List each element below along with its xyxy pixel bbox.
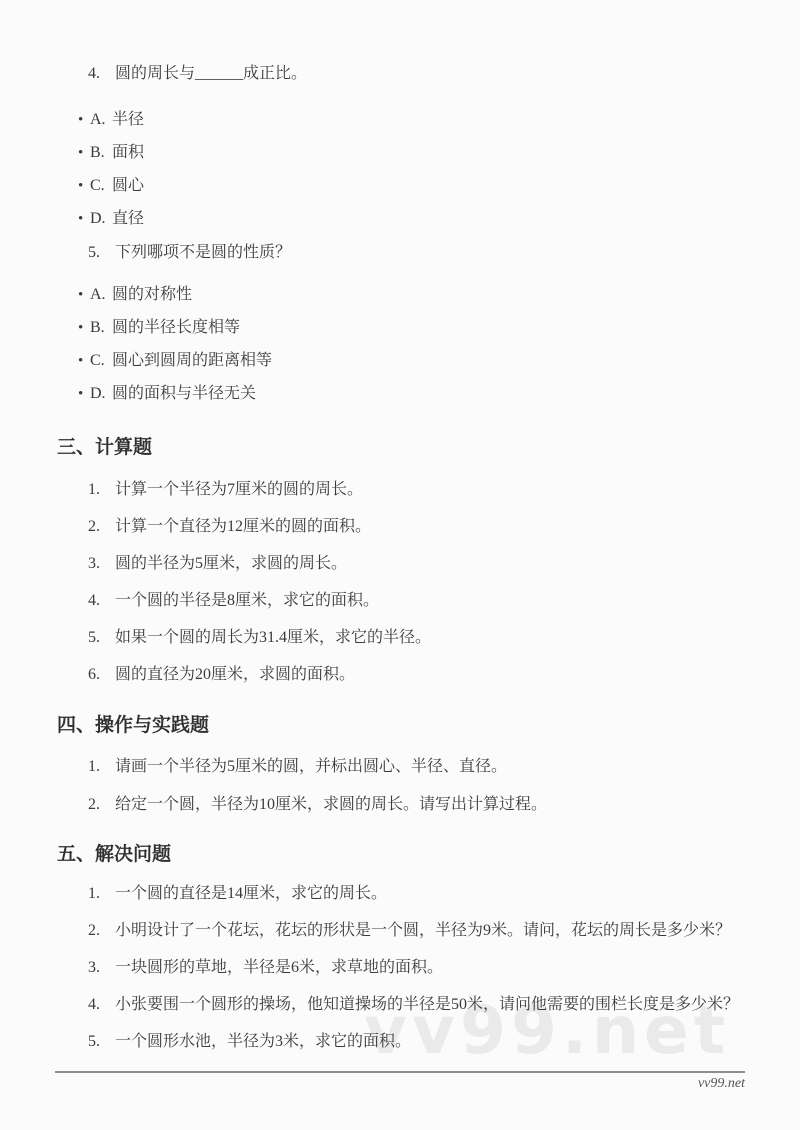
question-number: 4. <box>88 64 115 84</box>
item-number: 6. <box>88 665 115 685</box>
item-text: 圆的半径为5厘米，求圆的周长。 <box>115 554 347 574</box>
option-letter: C. <box>90 176 112 196</box>
item-text: 一个圆的直径是14厘米，求它的周长。 <box>115 884 387 904</box>
option-text: 圆心 <box>112 176 144 196</box>
section-title: 三、计算题 <box>57 436 800 460</box>
list-item: 5. 一个圆形水池，半径为3米，求它的面积。 <box>88 1032 800 1052</box>
item-text: 圆的直径为20厘米，求圆的面积。 <box>115 665 355 685</box>
worksheet-content: 4. 圆的周长与______成正比。 • A. 半径 • B. 面积 • C. … <box>0 0 800 1052</box>
item-number: 5. <box>88 628 115 648</box>
option-text: 圆的面积与半径无关 <box>112 384 256 404</box>
choice-option: • D. 直径 <box>78 209 800 229</box>
list-item: 2. 给定一个圆，半径为10厘米，求圆的周长。请写出计算过程。 <box>88 795 800 815</box>
choice-option: • A. 半径 <box>78 110 800 130</box>
bullet-icon: • <box>78 209 90 229</box>
footer-divider <box>55 1071 745 1073</box>
item-number: 2. <box>88 921 115 941</box>
item-text: 请画一个半径为5厘米的圆，并标出圆心、半径、直径。 <box>115 757 507 777</box>
item-number: 1. <box>88 884 115 904</box>
item-number: 2. <box>88 795 115 815</box>
choice-option: • B. 圆的半径长度相等 <box>78 318 800 338</box>
item-number: 1. <box>88 757 115 777</box>
section-title: 五、解决问题 <box>57 843 800 867</box>
bullet-icon: • <box>78 110 90 130</box>
item-number: 4. <box>88 591 115 611</box>
question-text: 下列哪项不是圆的性质？ <box>115 243 291 263</box>
worksheet-page: vv99.net 4. 圆的周长与______成正比。 • A. 半径 • B.… <box>0 0 800 1130</box>
item-text: 一块圆形的草地，半径是6米，求草地的面积。 <box>115 958 443 978</box>
question-number: 5. <box>88 243 115 263</box>
option-letter: C. <box>90 351 112 371</box>
list-item: 5. 如果一个圆的周长为31.4厘米，求它的半径。 <box>88 628 800 648</box>
footer-site-label: vv99.net <box>55 1075 745 1093</box>
item-text: 一个圆的半径是8厘米，求它的面积。 <box>115 591 379 611</box>
list-item: 1. 请画一个半径为5厘米的圆，并标出圆心、半径、直径。 <box>88 757 800 777</box>
bullet-icon: • <box>78 384 90 404</box>
bullet-icon: • <box>78 143 90 163</box>
item-text: 一个圆形水池，半径为3米，求它的面积。 <box>115 1032 411 1052</box>
option-text: 面积 <box>112 143 144 163</box>
option-text: 圆的半径长度相等 <box>112 318 240 338</box>
choice-option: • C. 圆心 <box>78 176 800 196</box>
list-item: 2. 计算一个直径为12厘米的圆的面积。 <box>88 517 800 537</box>
item-text: 计算一个半径为7厘米的圆的周长。 <box>115 480 363 500</box>
bullet-icon: • <box>78 351 90 371</box>
choice-option: • D. 圆的面积与半径无关 <box>78 384 800 404</box>
item-text: 给定一个圆，半径为10厘米，求圆的周长。请写出计算过程。 <box>115 795 547 815</box>
list-item: 1. 计算一个半径为7厘米的圆的周长。 <box>88 480 800 500</box>
question-stem: 5. 下列哪项不是圆的性质？ <box>88 243 800 263</box>
item-number: 3. <box>88 958 115 978</box>
option-text: 圆的对称性 <box>112 285 192 305</box>
question-stem: 4. 圆的周长与______成正比。 <box>88 64 800 84</box>
choice-option: • C. 圆心到圆周的距离相等 <box>78 351 800 371</box>
item-number: 4. <box>88 995 115 1015</box>
option-letter: B. <box>90 143 112 163</box>
page-footer: vv99.net <box>55 1071 745 1093</box>
item-text: 小明设计了一个花坛，花坛的形状是一个圆，半径为9米。请问，花坛的周长是多少米？ <box>115 921 731 941</box>
bullet-icon: • <box>78 176 90 196</box>
option-letter: A. <box>90 110 112 130</box>
item-number: 3. <box>88 554 115 574</box>
choice-option: • A. 圆的对称性 <box>78 285 800 305</box>
bullet-icon: • <box>78 318 90 338</box>
list-item: 6. 圆的直径为20厘米，求圆的面积。 <box>88 665 800 685</box>
option-letter: D. <box>90 209 112 229</box>
question-text: 圆的周长与______成正比。 <box>115 64 307 84</box>
item-text: 计算一个直径为12厘米的圆的面积。 <box>115 517 371 537</box>
item-text: 如果一个圆的周长为31.4厘米，求它的半径。 <box>115 628 431 648</box>
bullet-icon: • <box>78 285 90 305</box>
option-text: 圆心到圆周的距离相等 <box>112 351 272 371</box>
section-title: 四、操作与实践题 <box>57 714 800 738</box>
item-text: 小张要围一个圆形的操场，他知道操场的半径是50米，请问他需要的围栏长度是多少米？ <box>115 995 739 1015</box>
list-item: 2. 小明设计了一个花坛，花坛的形状是一个圆，半径为9米。请问，花坛的周长是多少… <box>88 921 800 941</box>
item-number: 2. <box>88 517 115 537</box>
item-number: 1. <box>88 480 115 500</box>
list-item: 4. 小张要围一个圆形的操场，他知道操场的半径是50米，请问他需要的围栏长度是多… <box>88 995 800 1015</box>
option-letter: B. <box>90 318 112 338</box>
list-item: 3. 一块圆形的草地，半径是6米，求草地的面积。 <box>88 958 800 978</box>
list-item: 4. 一个圆的半径是8厘米，求它的面积。 <box>88 591 800 611</box>
option-text: 直径 <box>112 209 144 229</box>
choice-option: • B. 面积 <box>78 143 800 163</box>
item-number: 5. <box>88 1032 115 1052</box>
option-letter: A. <box>90 285 112 305</box>
list-item: 3. 圆的半径为5厘米，求圆的周长。 <box>88 554 800 574</box>
option-letter: D. <box>90 384 112 404</box>
option-text: 半径 <box>112 110 144 130</box>
list-item: 1. 一个圆的直径是14厘米，求它的周长。 <box>88 884 800 904</box>
